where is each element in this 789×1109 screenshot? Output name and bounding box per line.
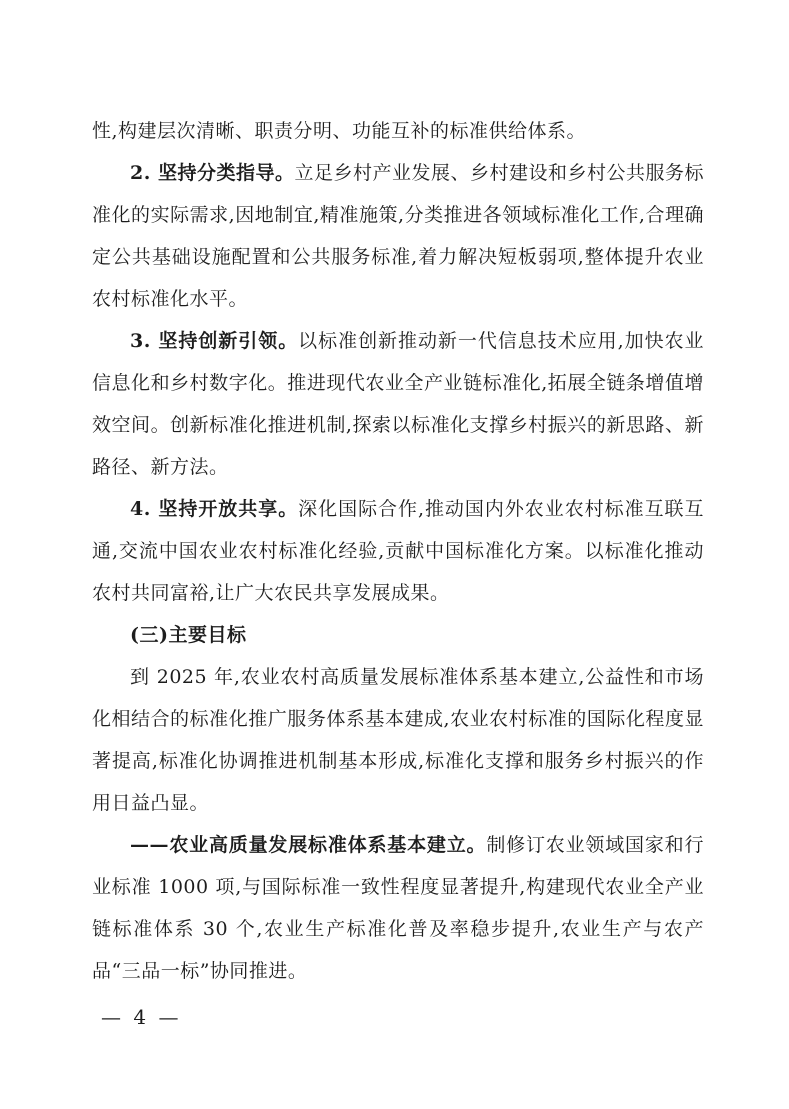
document-body: 性,构建层次清晰、职责分明、功能互补的标准供给体系。 2. 坚持分类指导。立足乡… <box>92 110 704 992</box>
section-heading: (三)主要目标 <box>92 614 704 656</box>
paragraph-principle-4: 4. 坚持开放共享。深化国际合作,推动国内外农业农村标准互联互通,交流中国农业农… <box>92 488 704 614</box>
paragraph-principle-2: 2. 坚持分类指导。立足乡村产业发展、乡村建设和乡村公共服务标准化的实际需求,因… <box>92 152 704 320</box>
document-page: 性,构建层次清晰、职责分明、功能互补的标准供给体系。 2. 坚持分类指导。立足乡… <box>0 0 789 1109</box>
principle-2-body: 立足乡村产业发展、乡村建设和乡村公共服务标准化的实际需求,因地制宜,精准施策,分… <box>92 162 704 310</box>
paragraph-goals: 到 2025 年,农业农村高质量发展标准体系基本建立,公益性和市场化相结合的标准… <box>92 656 704 824</box>
principle-2-lead: 2. 坚持分类指导。 <box>130 162 294 184</box>
paragraph-goal-item: ——农业高质量发展标准体系基本建立。制修订农业领域国家和行业标准 1000 项,… <box>92 824 704 992</box>
paragraph-principle-3: 3. 坚持创新引领。以标准创新推动新一代信息技术应用,加快农业信息化和乡村数字化… <box>92 320 704 488</box>
principle-3-lead: 3. 坚持创新引领。 <box>130 330 298 352</box>
paragraph-continuation: 性,构建层次清晰、职责分明、功能互补的标准供给体系。 <box>92 110 704 152</box>
goal-item-lead: ——农业高质量发展标准体系基本建立。 <box>130 834 486 856</box>
page-number: — 4 — <box>101 1005 181 1029</box>
principle-4-lead: 4. 坚持开放共享。 <box>130 498 298 520</box>
goal-item-body: 制修订农业领域国家和行业标准 1000 项,与国际标准一致性程度显著提升,构建现… <box>92 834 704 982</box>
page-footer: — 4 — <box>101 1002 181 1032</box>
principle-3-body: 以标准创新推动新一代信息技术应用,加快农业信息化和乡村数字化。推进现代农业全产业… <box>92 330 704 478</box>
